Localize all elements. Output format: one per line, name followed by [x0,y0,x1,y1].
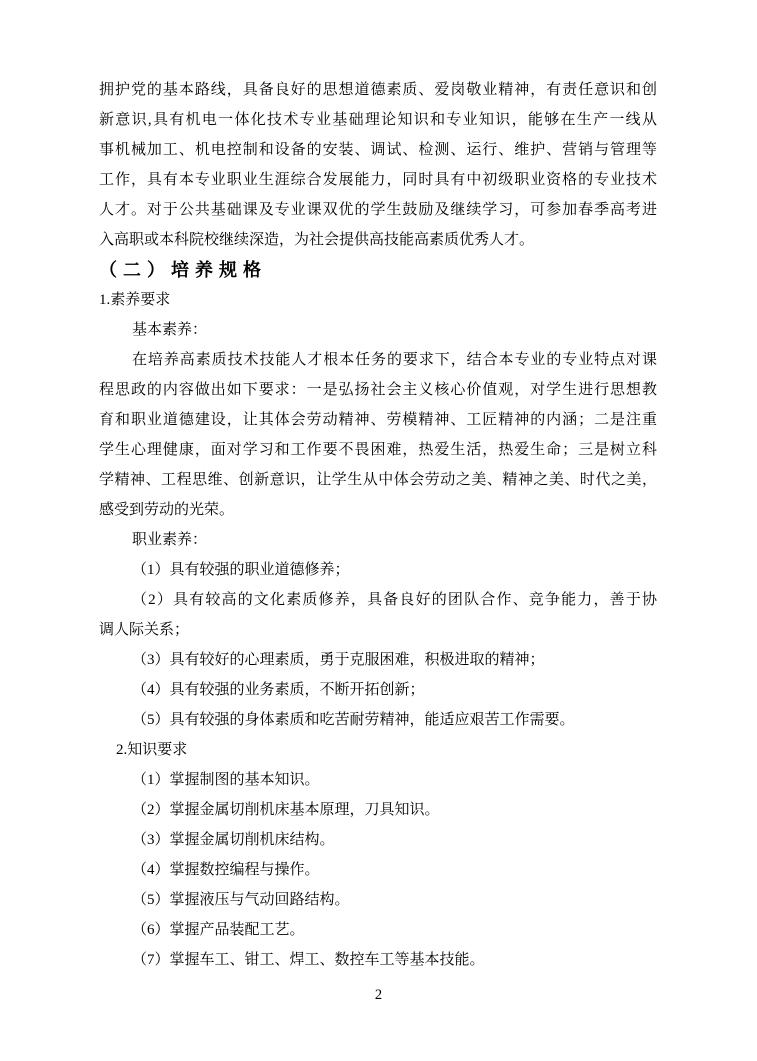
text-line: 学生心理健康，面对学习和工作要不畏困难，热爱生活，热爱生命；三是树立科 [99,435,657,465]
text-line: （3）具有较好的心理素质，勇于克服困难，积极进取的精神； [99,645,657,675]
text-line: （6）掌握产品装配工艺。 [99,915,657,945]
section-heading: （二）培养规格 [99,255,657,285]
basic-quality-label: 基本素养： [99,315,657,345]
text-line: 感受到劳动的光荣。 [99,495,657,525]
text-line: 入高职或本科院校继续深造，为社会提供高技能高素质优秀人才。 [99,225,657,255]
text-line: （7）掌握车工、钳工、焊工、数控车工等基本技能。 [99,945,657,975]
text-line: 工作，具有本专业职业生涯综合发展能力，同时具有中初级职业资格的专业技术 [99,165,657,195]
text-line: （4）掌握数控编程与操作。 [99,855,657,885]
text-line: 人才。对于公共基础课及专业课双优的学生鼓励及继续学习，可参加春季高考进 [99,195,657,225]
subsection-2-title: 2.知识要求 [99,735,657,765]
document-page: 拥护党的基本路线，具备良好的思想道德素质、爱岗敬业精神，有责任意识和创新意识,具… [0,0,757,1061]
page-number: 2 [0,980,757,1010]
basic-quality-paragraph: 在培养高素质技术技能人才根本任务的要求下，结合本专业的专业特点对课程思政的内容做… [99,345,657,525]
text-line: （2）具有较高的文化素质修养，具备良好的团队合作、竞争能力，善于协 [99,585,657,615]
knowledge-requirements-list: （1）掌握制图的基本知识。（2）掌握金属切削机床基本原理，刀具知识。（3）掌握金… [99,765,657,975]
text-line: 新意识,具有机电一体化技术专业基础理论知识和专业知识，能够在生产一线从 [99,105,657,135]
text-line: （2）掌握金属切削机床基本原理，刀具知识。 [99,795,657,825]
text-line: （1）掌握制图的基本知识。 [99,765,657,795]
text-line: （4）具有较强的业务素质，不断开拓创新； [99,675,657,705]
professional-quality-label: 职业素养： [99,525,657,555]
text-line: （1）具有较强的职业道德修养； [99,555,657,585]
text-line: 调人际关系； [99,615,657,645]
text-line: （5）掌握液压与气动回路结构。 [99,885,657,915]
professional-quality-list: （1）具有较强的职业道德修养；（2）具有较高的文化素质修养，具备良好的团队合作、… [99,555,657,735]
text-line: 事机械加工、机电控制和设备的安装、调试、检测、运行、维护、营销与管理等 [99,135,657,165]
text-line: （5）具有较强的身体素质和吃苦耐劳精神，能适应艰苦工作需要。 [99,705,657,735]
subsection-1-title: 1.素养要求 [99,285,657,315]
text-line: 在培养高素质技术技能人才根本任务的要求下，结合本专业的专业特点对课 [99,345,657,375]
page-content: 拥护党的基本路线，具备良好的思想道德素质、爱岗敬业精神，有责任意识和创新意识,具… [99,75,657,975]
text-line: 拥护党的基本路线，具备良好的思想道德素质、爱岗敬业精神，有责任意识和创 [99,75,657,105]
text-line: （3）掌握金属切削机床结构。 [99,825,657,855]
text-line: 学精神、工程思维、创新意识，让学生从中体会劳动之美、精神之美、时代之美， [99,465,657,495]
intro-paragraph: 拥护党的基本路线，具备良好的思想道德素质、爱岗敬业精神，有责任意识和创新意识,具… [99,75,657,255]
text-line: 程思政的内容做出如下要求：一是弘扬社会主义核心价值观，对学生进行思想教 [99,375,657,405]
text-line: 育和职业道德建设，让其体会劳动精神、劳模精神、工匠精神的内涵；二是注重 [99,405,657,435]
